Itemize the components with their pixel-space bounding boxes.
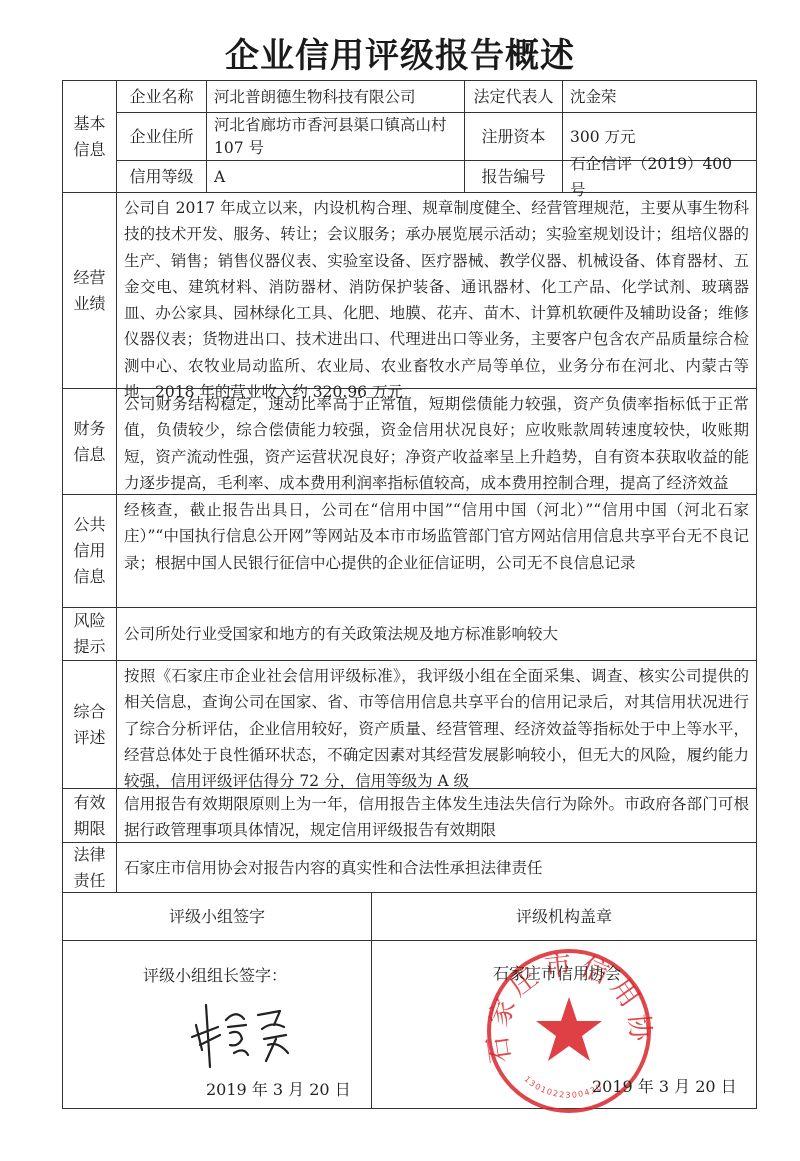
address-value: 河北省廊坊市香河县渠口镇高山村 107 号 — [206, 112, 465, 161]
report-number-value: 石企信评（2019）400 号 — [562, 160, 757, 193]
leader-signature-label: 评级小组组长签字： — [143, 963, 287, 986]
rating-org-seal-header: 评级机构盖章 — [371, 892, 757, 941]
company-name-label: 企业名称 — [116, 80, 207, 113]
legal-rep-label: 法定代表人 — [464, 80, 563, 113]
public-credit-text: 经核查，截止报告出具日，公司在“信用中国”“信用中国（河北）”“信用中国（河北石… — [116, 494, 757, 608]
financial-info-label-text: 财务 信息 — [73, 416, 105, 468]
handwritten-signature-icon — [188, 995, 308, 1075]
report-number-label: 报告编号 — [464, 160, 563, 193]
business-performance-text: 公司自 2017 年成立以来，内设机构合理、规章制度健全、经营管理规范，主要从事… — [116, 192, 757, 389]
financial-info-label: 财务 信息 — [62, 388, 117, 495]
summary-label: 综合 评述 — [62, 660, 117, 789]
basic-info-label: 基本 信息 — [62, 80, 117, 193]
business-performance-label-text: 经营 业绩 — [73, 265, 105, 317]
business-performance-label: 经营 业绩 — [62, 192, 117, 389]
risk-label: 风险 提示 — [62, 607, 117, 661]
legal-liability-text: 石家庄市信用协会对报告内容的真实性和合法性承担法律责任 — [116, 842, 757, 893]
validity-label: 有效 期限 — [62, 788, 117, 843]
page-title: 企业信用评级报告概述 — [0, 28, 800, 77]
credit-grade-value: A — [206, 160, 465, 193]
credit-grade-label: 信用等级 — [116, 160, 207, 193]
risk-text: 公司所处行业受国家和地方的有关政策法规及地方标准影响较大 — [116, 607, 757, 661]
legal-liability-label: 法律 责任 — [62, 842, 117, 893]
left-signature-date: 2019 年 3 月 20 日 — [206, 1077, 351, 1100]
org-name: 石家庄市信用协会 — [493, 961, 621, 984]
legal-rep-value: 沈金荣 — [562, 80, 757, 113]
capital-label: 注册资本 — [464, 112, 563, 161]
risk-label-text: 风险 提示 — [73, 608, 105, 660]
right-seal-date: 2019 年 3 月 20 日 — [592, 1074, 737, 1097]
summary-label-text: 综合 评述 — [73, 699, 105, 751]
financial-info-text: 公司财务结构稳定，速动比率高于正常值，短期偿债能力较强，资产负债率指标低于正常值… — [116, 388, 757, 495]
summary-text: 按照《石家庄市企业社会信用评级标准》，我评级小组在全面采集、调查、核实公司提供的… — [116, 660, 757, 789]
public-credit-label: 公共 信用 信息 — [62, 494, 117, 608]
basic-info-label-text: 基本 信息 — [73, 111, 105, 163]
rating-team-signature-header: 评级小组签字 — [62, 892, 372, 941]
legal-liability-label-text: 法律 责任 — [73, 842, 105, 894]
company-name-value: 河北普朗德生物科技有限公司 — [206, 80, 465, 113]
public-credit-label-text: 公共 信用 信息 — [73, 512, 105, 590]
address-label: 企业住所 — [116, 112, 207, 161]
validity-text: 信用报告有效期限原则上为一年，信用报告主体发生违法失信行为除外。市政府各部门可根… — [116, 788, 757, 843]
validity-label-text: 有效 期限 — [73, 790, 105, 842]
